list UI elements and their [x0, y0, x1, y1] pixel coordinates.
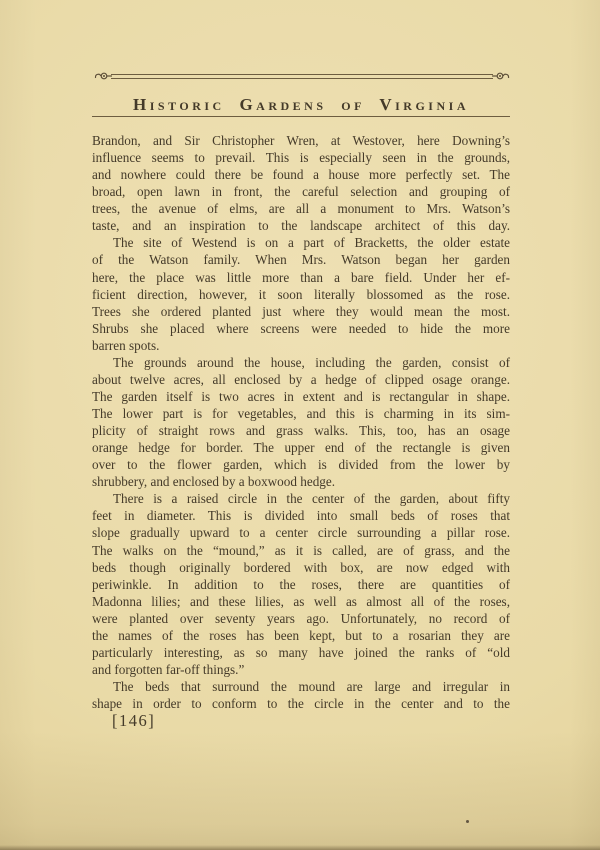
text-line: orange hedge for border. The upper end o… — [92, 439, 510, 456]
text-line: beds though originally bordered with box… — [92, 559, 510, 576]
text-line: The site of Westend is on a part of Brac… — [92, 234, 510, 251]
text-line: broad, open lawn in front, the careful s… — [92, 183, 510, 200]
text-line: The lower part is for vegetables, and th… — [92, 405, 510, 422]
text-line: particularly interesting, as so many hav… — [92, 644, 510, 661]
text-line: ficient direction, however, it soon lite… — [92, 286, 510, 303]
paragraph: The site of Westend is on a part of Brac… — [92, 234, 510, 353]
text-line: Trees she ordered planted just where the… — [92, 303, 510, 320]
text-line: the names of the roses has been kept, bu… — [92, 627, 510, 644]
text-line: The walks on the “mound,” as it is calle… — [92, 542, 510, 559]
header-ornament-rule — [94, 70, 510, 82]
scroll-ornament-left — [94, 71, 112, 81]
text-line: here, the place was little more than a b… — [92, 269, 510, 286]
paragraph: Brandon, and Sir Christopher Wren, at We… — [92, 132, 510, 234]
text-line: Brandon, and Sir Christopher Wren, at We… — [92, 132, 510, 149]
text-line: taste, and an inspiration to the landsca… — [92, 217, 510, 234]
text-line: were planted over seventy years ago. Unf… — [92, 610, 510, 627]
text-line: of the Watson family. When Mrs. Watson b… — [92, 251, 510, 268]
paragraph: The grounds around the house, including … — [92, 354, 510, 491]
text-block: Brandon, and Sir Christopher Wren, at We… — [92, 132, 510, 712]
text-line: and nowhere could there be found a house… — [92, 166, 510, 183]
header-rule — [92, 116, 510, 117]
scan-speck — [466, 820, 469, 823]
scan-edge — [0, 845, 600, 850]
text-line: and forgotten far-off things.” — [92, 661, 510, 678]
text-line: influence seems to prevail. This is espe… — [92, 149, 510, 166]
text-line: slope gradually upward to a center circl… — [92, 524, 510, 541]
book-page: Historic Gardens of Virginia Brandon, an… — [0, 0, 600, 850]
text-line: plicity of straight rows and grass walks… — [92, 422, 510, 439]
paragraphs-container: Brandon, and Sir Christopher Wren, at We… — [92, 132, 510, 712]
text-line: Shrubs she placed where screens were nee… — [92, 320, 510, 337]
text-line: Madonna lilies; and these lilies, as wel… — [92, 593, 510, 610]
page-title: Historic Gardens of Virginia — [92, 95, 510, 115]
text-line: shape in order to conform to the circle … — [92, 695, 510, 712]
text-line: trees, the avenue of elms, are all a mon… — [92, 200, 510, 217]
text-line: barren spots. — [92, 337, 510, 354]
paragraph: The beds that surround the mound are lar… — [92, 678, 510, 712]
double-rule — [111, 74, 493, 79]
text-line: periwinkle. In addition to the roses, th… — [92, 576, 510, 593]
text-line: over to the flower garden, which is divi… — [92, 456, 510, 473]
text-line: feet in diameter. This is divided into s… — [92, 507, 510, 524]
text-line: The beds that surround the mound are lar… — [92, 678, 510, 695]
text-line: shrubbery, and enclosed by a boxwood hed… — [92, 473, 510, 490]
text-line: The grounds around the house, including … — [92, 354, 510, 371]
paragraph: There is a raised circle in the center o… — [92, 490, 510, 678]
page-number: [146] — [112, 711, 155, 731]
scroll-ornament-right — [492, 71, 510, 81]
text-line: about twelve acres, all enclosed by a he… — [92, 371, 510, 388]
text-line: There is a raised circle in the center o… — [92, 490, 510, 507]
text-line: The garden itself is two acres in extent… — [92, 388, 510, 405]
